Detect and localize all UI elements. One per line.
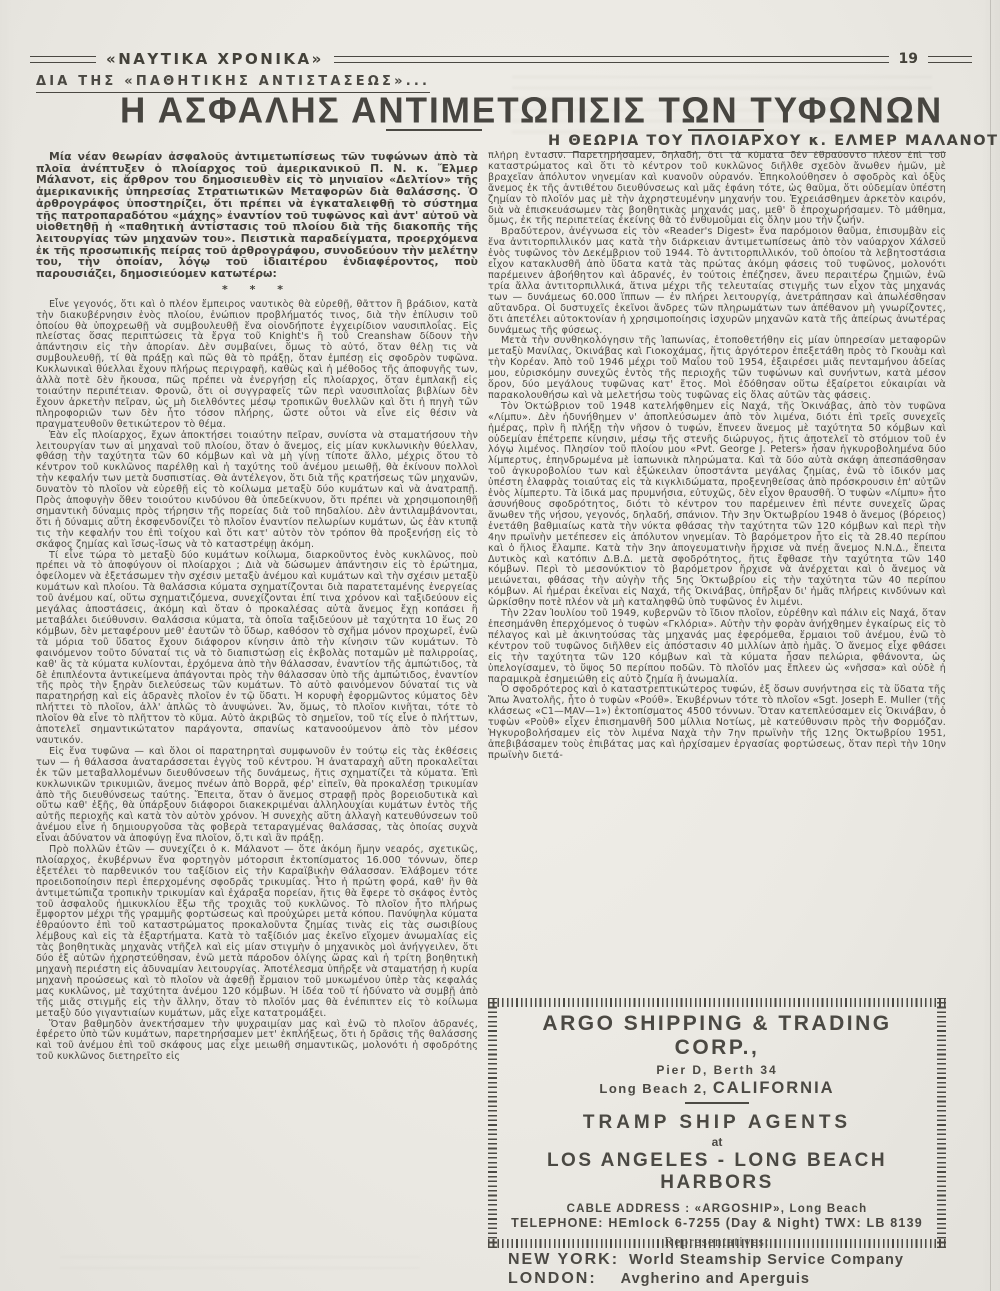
article-column-right: πλήρη ἔντασιν. Παρετηρήσαμεν, δηλαδή, ὅτ…	[488, 151, 946, 994]
ad-role-line1: TRAMP SHIP AGENTS	[502, 1112, 932, 1134]
ad-rep-newyork: NEW YORK: World Steamship Service Compan…	[502, 1251, 932, 1269]
ad-rep-london-label: LONDON:	[508, 1270, 597, 1288]
article-paragraph: Ὁ σφοδρότερος καὶ ὁ καταστρεπτικώτερος τ…	[488, 685, 946, 761]
ad-rep-london-value: Avgherino and Aperguis	[621, 1271, 810, 1287]
title-underline	[688, 129, 764, 131]
masthead-title: «ΝΑΥΤΙΚΑ ΧΡΟΝΙΚΑ»	[106, 50, 324, 68]
ad-rep-london: LONDON: Avgherino and Aperguis	[502, 1270, 932, 1288]
advertisement-argo-shipping: ARGO SHIPPING & TRADING CORP., Pier D, B…	[488, 998, 946, 1248]
article-paragraph: Ἐὰν εἷς πλοίαρχος, ἔχων ἀποκτήσει τοιαύτ…	[36, 431, 478, 551]
ad-border-left	[488, 998, 497, 1248]
article-paragraph: Ὅταν βαθμηδὸν ἀνεκτήσαμεν τὴν ψυχραιμίαν…	[36, 1020, 478, 1064]
ad-representatives-label: Representatives:	[502, 1234, 932, 1250]
article-paragraph: Μετὰ τὴν συνθηκολόγησιν τῆς Ἰαπωνίας, ἐτ…	[488, 336, 946, 401]
article-paragraph: Πρὸ πολλῶν ἐτῶν — συνεχίζει ὁ κ. Μάλανοτ…	[36, 845, 478, 1020]
article-paragraph: Τὴν 22αν Ἰουλίου τοῦ 1949, κυβερνῶν τὸ ἴ…	[488, 609, 946, 685]
article-paragraph: Εἰς ἕνα τυφῶνα — καὶ ὅλοι οἱ παρατηρηταὶ…	[36, 747, 478, 845]
masthead-rule-right	[928, 56, 972, 63]
scan-edge-line	[990, 0, 991, 1291]
article-column-left: Μία νέαν θεωρίαν ἀσφαλοῦς ἀντιμετωπίσεως…	[36, 151, 478, 1278]
ad-company-name: ARGO SHIPPING & TRADING CORP.,	[502, 1012, 932, 1060]
article-subtitle: Η ΘΕΩΡΙΑ ΤΟΥ ΠΛΟΙΑΡΧΟΥ κ. ΕΛΜΕΡ ΜΑΛΑΝΟΤ	[548, 133, 948, 149]
ad-cable-address: CABLE ADDRESS : «ARGOSHIP», Long Beach	[502, 1203, 932, 1215]
title-underline	[386, 129, 482, 131]
ad-address-city: Long Beach 2,	[599, 1081, 707, 1096]
ad-content: ARGO SHIPPING & TRADING CORP., Pier D, B…	[502, 1010, 932, 1236]
ad-rep-newyork-value: World Steamship Service Company	[629, 1252, 904, 1268]
ad-divider	[685, 1102, 749, 1104]
masthead-row: «ΝΑΥΤΙΚΑ ΧΡΟΝΙΚΑ» 19	[30, 50, 972, 68]
article-paragraph: Τί εἶνε τώρα τὸ μεταξὺ δύο κυμάτων κοίλω…	[36, 551, 478, 747]
article-lead-paragraph: Μία νέαν θεωρίαν ἀσφαλοῦς ἀντιμετωπίσεως…	[36, 151, 478, 280]
article-paragraph: Βραδύτερον, ἀνέγνωσα εἰς τὸν «Reader's D…	[488, 227, 946, 336]
masthead-rule-left	[30, 56, 96, 63]
article-paragraph: πλήρη ἔντασιν. Παρετηρήσαμεν, δηλαδή, ὅτ…	[488, 151, 946, 227]
article-title: Η ΑΣΦΑΛΗΣ ΑΝΤΙΜΕΤΩΠΙΣΙΣ ΤΩΝ ΤΥΦΩΝΩΝ	[120, 90, 880, 132]
ad-role-line3: LOS ANGELES - LONG BEACH HARBORS	[502, 1150, 932, 1194]
ad-role-line2: at	[502, 1135, 932, 1149]
section-separator: * * *	[36, 283, 478, 296]
ad-rep-newyork-label: NEW YORK:	[508, 1251, 619, 1269]
ad-address-line2: Long Beach 2, CALIFORNIA	[502, 1079, 932, 1098]
page-number: 19	[899, 51, 918, 67]
article-paragraph: Τὸν Ὀκτώβριον τοῦ 1948 κατελήφθημεν εἰς …	[488, 402, 946, 609]
masthead-rule-middle	[334, 56, 889, 63]
ad-telephone: TELEPHONE: HEmlock 6-7255 (Day & Night) …	[502, 1216, 932, 1230]
ad-address-state: CALIFORNIA	[713, 1079, 835, 1097]
ad-border-right	[937, 998, 946, 1248]
ad-address-line1: Pier D, Berth 34	[502, 1063, 932, 1077]
article-paragraph: Εἶνε γεγονός, ὅτι καὶ ὁ πλέον ἔμπειρος ν…	[36, 300, 478, 431]
ad-border-top	[488, 998, 946, 1007]
magazine-page: { "header": { "masthead": "«ΝΑΥΤΙΚΑ ΧΡΟΝ…	[0, 0, 1000, 1291]
